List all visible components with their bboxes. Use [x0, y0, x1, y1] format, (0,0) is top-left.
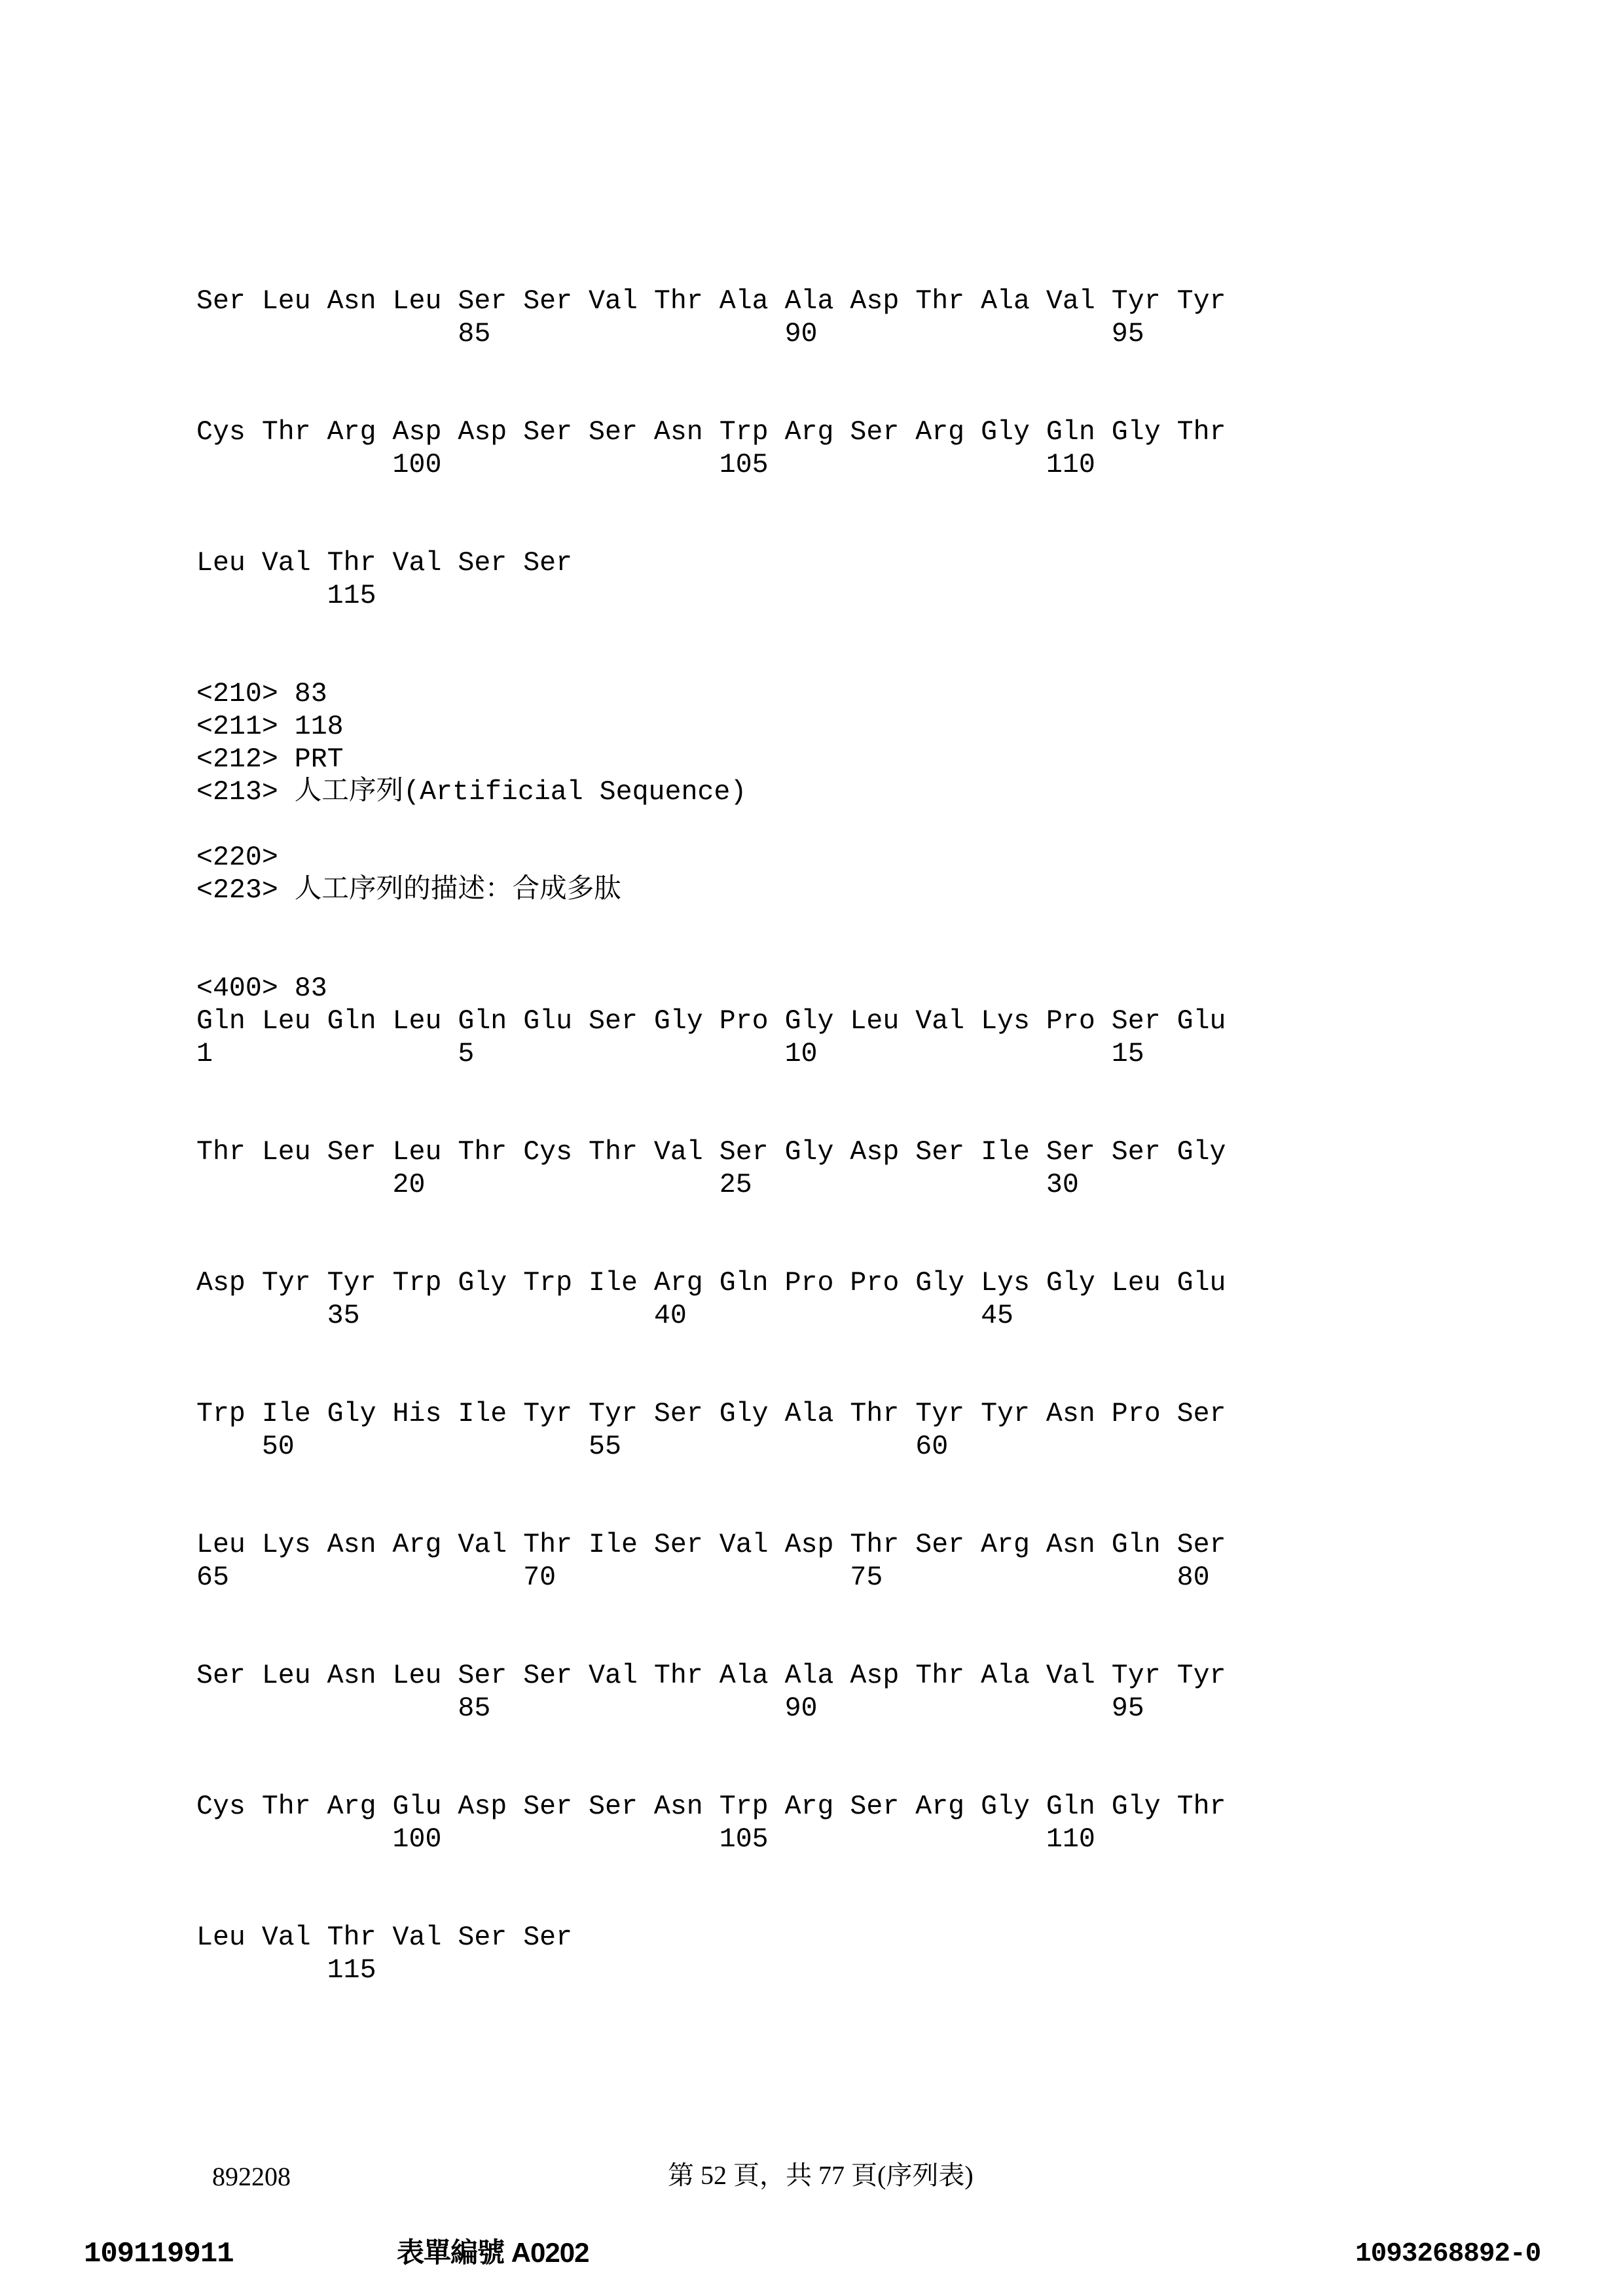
sequence-residue-line: Thr Leu Ser Leu Thr Cys Thr Val Ser Gly …	[196, 1136, 1226, 1169]
sequence-residue-line: Ser Leu Asn Leu Ser Ser Val Thr Ala Ala …	[196, 285, 1226, 318]
sequence-tag-line: <212> PRT	[196, 744, 344, 776]
sequence-residue-line: Leu Val Thr Val Ser Ser	[196, 1922, 572, 1954]
sequence-tag-line: <211> 118	[196, 711, 344, 744]
sequence-number-line: 35 40 45	[196, 1300, 1013, 1333]
footer-page-indicator: 第 52 頁，共 77 頁(序列表)	[668, 2160, 974, 2191]
sequence-number-line: 115	[196, 580, 376, 613]
sequence-residue-line: Cys Thr Arg Glu Asp Ser Ser Asn Trp Arg …	[196, 1791, 1226, 1823]
sequence-residue-line: Trp Ile Gly His Ile Tyr Tyr Ser Gly Ala …	[196, 1398, 1226, 1431]
sequence-residue-line: Gln Leu Gln Leu Gln Glu Ser Gly Pro Gly …	[196, 1005, 1226, 1038]
sequence-number-line: 100 105 110	[196, 1823, 1095, 1856]
sequence-residue-line: Asp Tyr Tyr Trp Gly Trp Ile Arg Gln Pro …	[196, 1267, 1226, 1300]
sequence-number-line: 50 55 60	[196, 1431, 948, 1463]
sequence-tag-line: <213> 人工序列(Artificial Sequence)	[196, 776, 746, 809]
sequence-number-line: 100 105 110	[196, 449, 1095, 482]
sequence-tag-line: <220>	[196, 842, 278, 874]
sequence-number-line: 1 5 10 15	[196, 1038, 1144, 1071]
sequence-tag-line: <210> 83	[196, 678, 327, 711]
sequence-number-line: 115	[196, 1954, 376, 1987]
sequence-number-line: 85 90 95	[196, 318, 1144, 351]
sequence-number-line: 20 25 30	[196, 1169, 1079, 1202]
sequence-tag-line: <400> 83	[196, 973, 327, 1005]
footer-barcode-number: 1093268892-0	[1355, 2238, 1541, 2270]
sequence-number-line: 85 90 95	[196, 1693, 1144, 1725]
sequence-tag-line: <223> 人工序列的描述：合成多肽	[196, 874, 621, 907]
sequence-residue-line: Ser Leu Asn Leu Ser Ser Val Thr Ala Ala …	[196, 1660, 1226, 1693]
footer-application-number: 109119911	[84, 2238, 234, 2270]
sequence-residue-line: Leu Val Thr Val Ser Ser	[196, 547, 572, 580]
footer-form-number: 表單編號 A0202	[397, 2237, 589, 2269]
sequence-residue-line: Leu Lys Asn Arg Val Thr Ile Ser Val Asp …	[196, 1529, 1226, 1562]
sequence-residue-line: Cys Thr Arg Asp Asp Ser Ser Asn Trp Arg …	[196, 416, 1226, 449]
footer-doc-number: 892208	[212, 2161, 291, 2193]
sequence-listing-page: Ser Leu Asn Leu Ser Ser Val Thr Ala Ala …	[0, 0, 1623, 2296]
sequence-number-line: 65 70 75 80	[196, 1562, 1210, 1594]
